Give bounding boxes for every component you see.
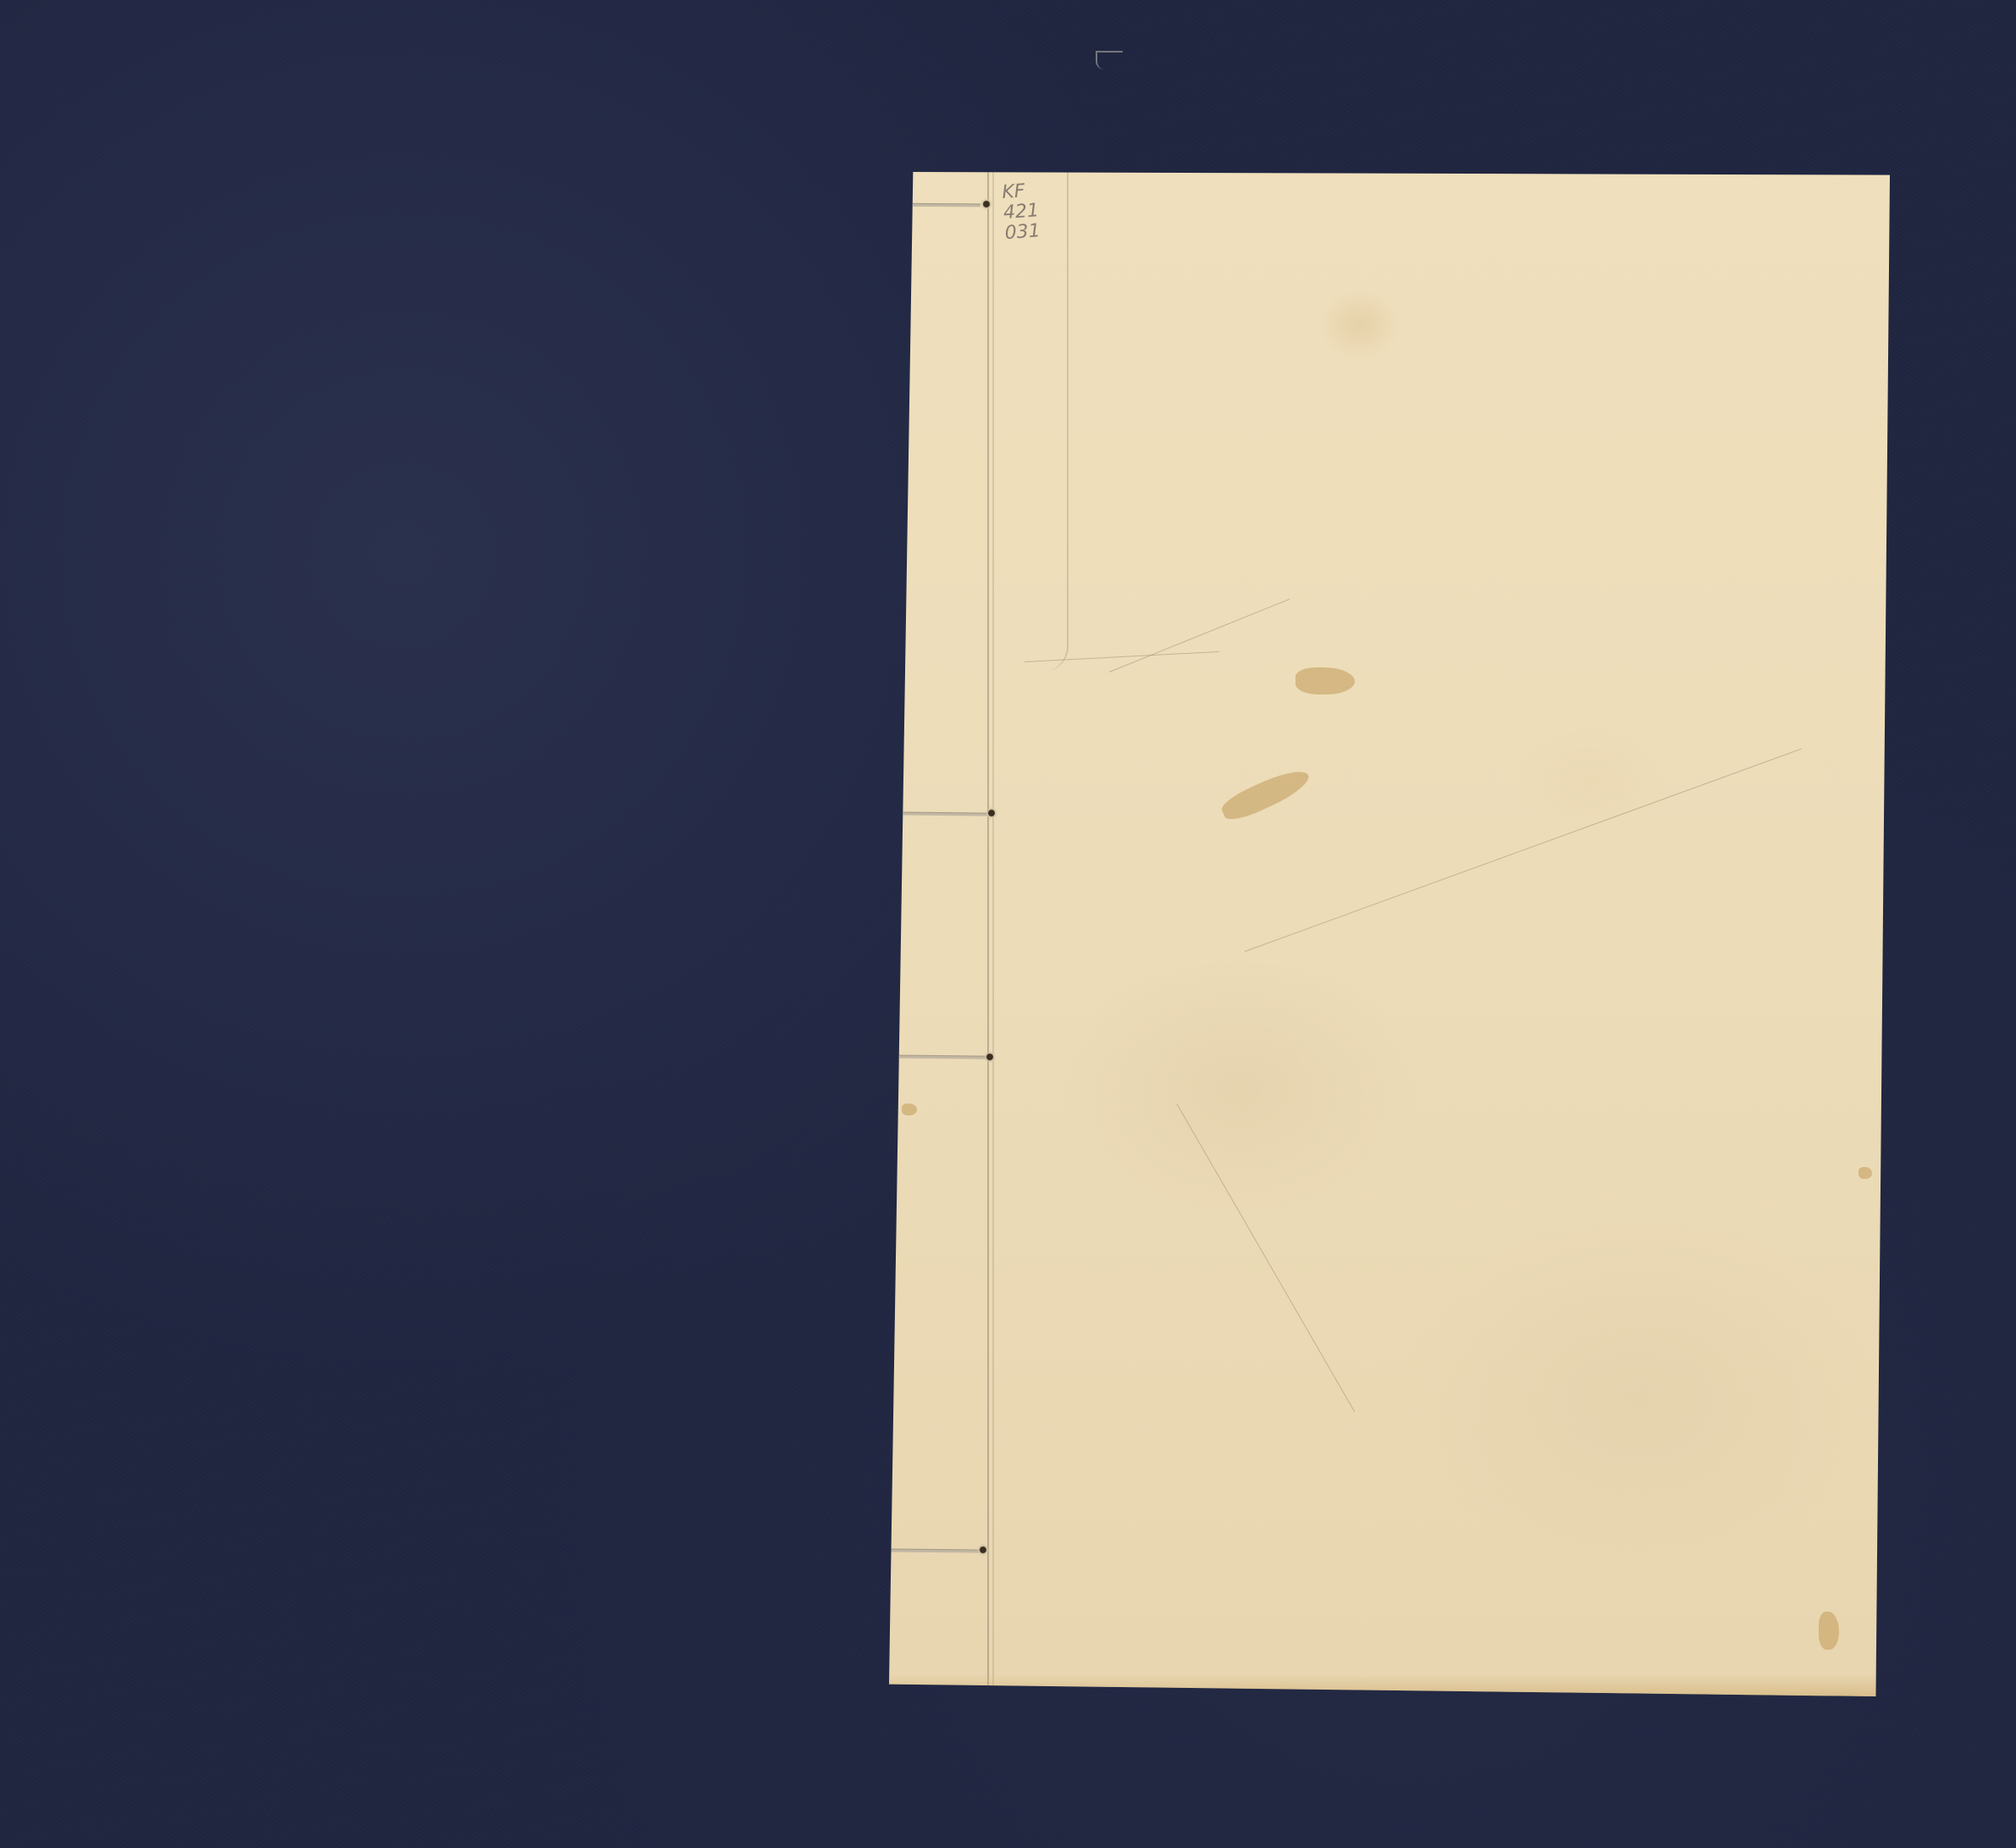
binding-thread-3 [889, 1054, 987, 1059]
backdrop-fiber-mark [1096, 51, 1123, 69]
crease-line [1177, 1104, 1356, 1412]
binding-thread-4 [889, 1548, 980, 1552]
stain [1859, 1167, 1872, 1179]
binding-hole-3 [984, 1051, 996, 1063]
binding-hole-1 [980, 198, 992, 210]
stain [1218, 763, 1313, 826]
binding-hole-4 [977, 1544, 989, 1556]
spine-crease-line-inner [992, 172, 994, 1696]
book-cover: KF 421 031 [889, 172, 1890, 1696]
binding-hole-2 [986, 807, 997, 819]
spine-crease-line [987, 172, 989, 1696]
stain [1295, 667, 1355, 694]
stain [902, 1104, 917, 1115]
binding-thread-2 [889, 811, 989, 816]
crease-line [1109, 599, 1290, 672]
crease-line [1245, 749, 1802, 952]
tear-edge [1033, 172, 1069, 672]
stain [1819, 1612, 1839, 1650]
